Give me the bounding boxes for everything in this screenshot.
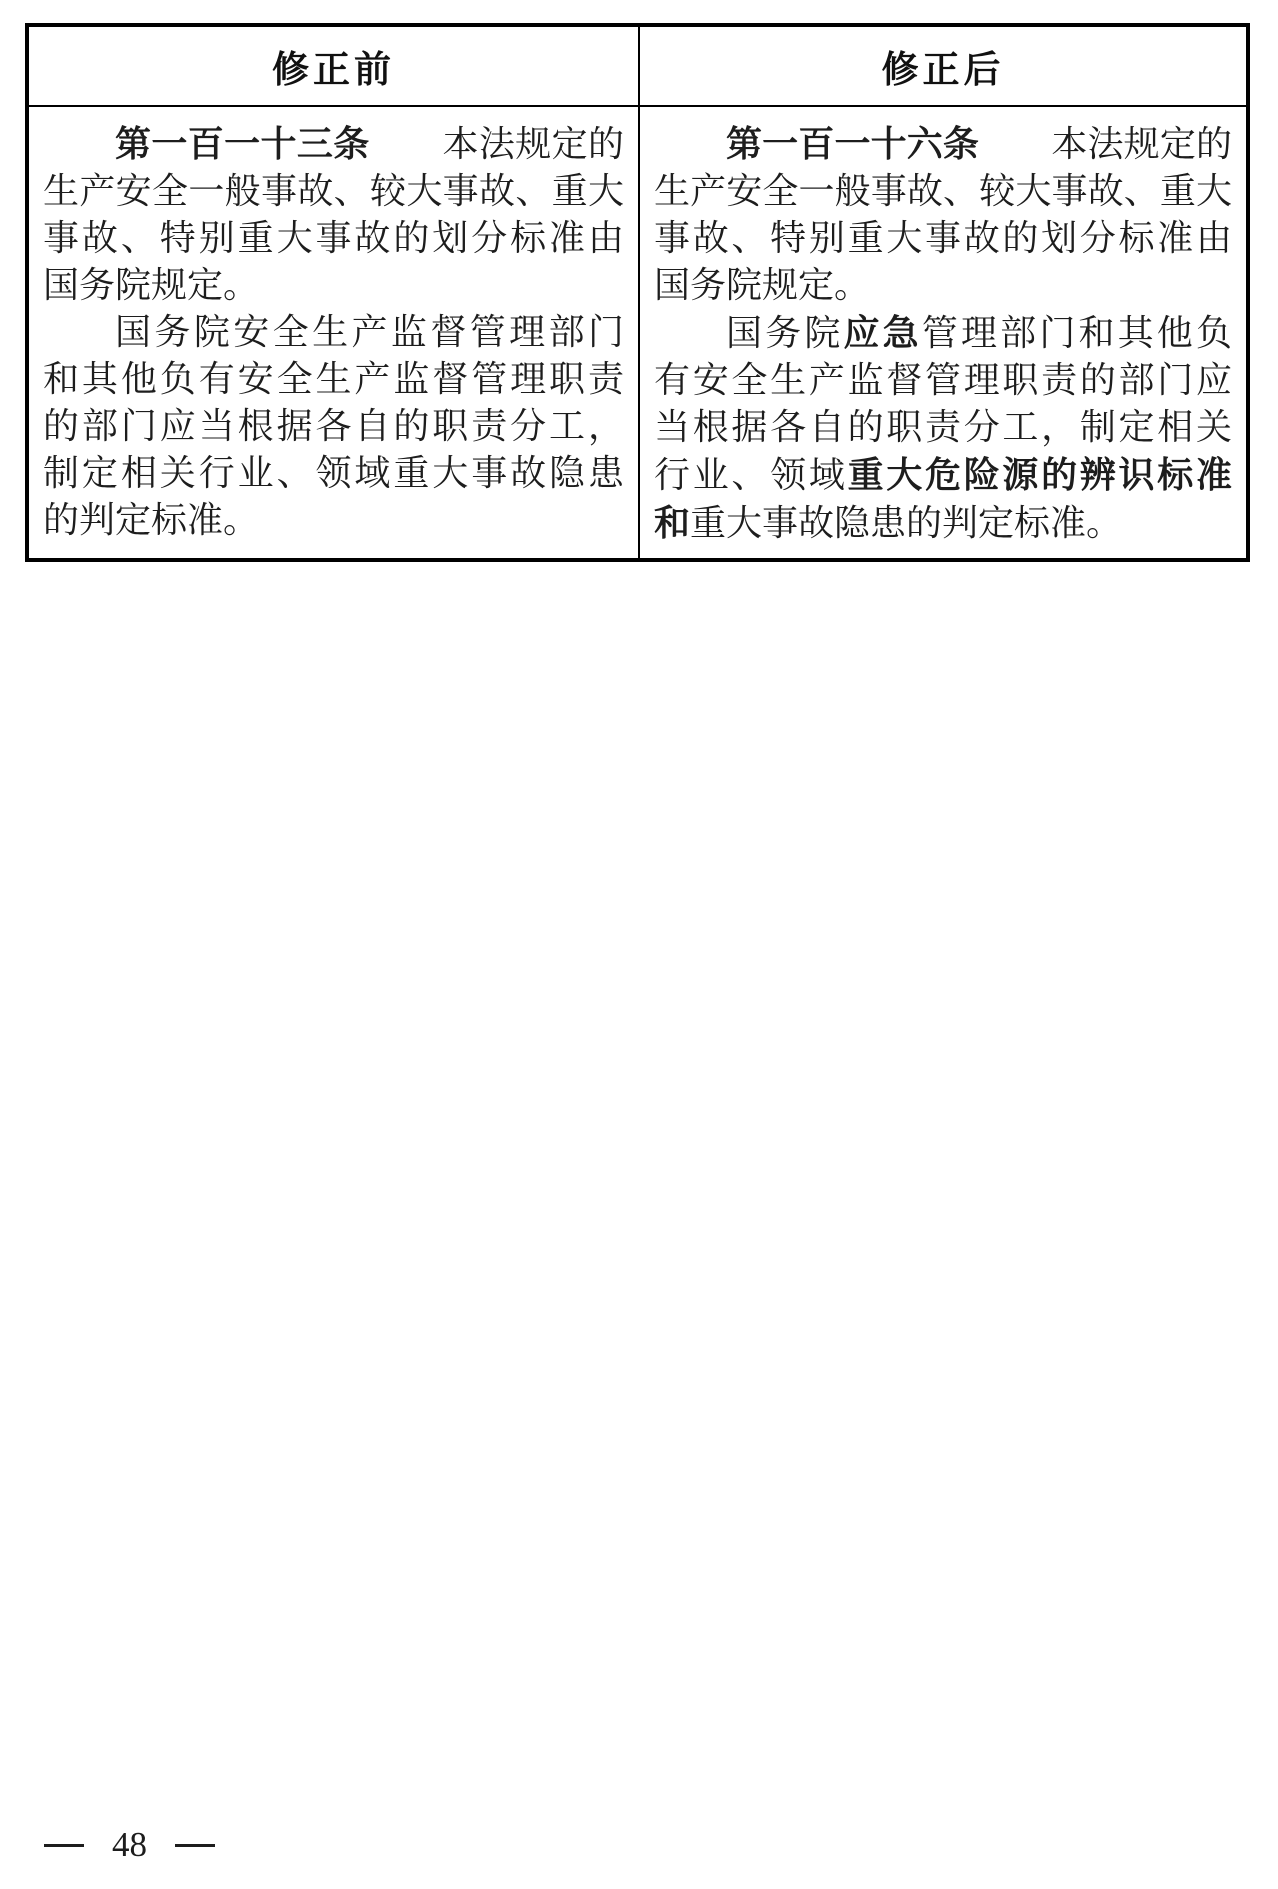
text-run: 事故、特别重大事故的划分标准由 <box>43 218 624 258</box>
text-line: 的部门应当根据各自的职责分工， <box>43 403 624 450</box>
text-line: 制定相关行业、领域重大事故隐患 <box>43 450 624 497</box>
text-line: 事故、特别重大事故的划分标准由 <box>654 215 1232 262</box>
emphasized-text-run: 应急 <box>844 312 922 353</box>
emphasized-text-run: 第一百一十三条 <box>115 123 370 164</box>
text-line: 和重大事故隐患的判定标准。 <box>654 499 1232 547</box>
header-cell-after-amendment: 修正后 <box>640 27 1246 105</box>
text-run: 重大事故隐患的判定标准。 <box>690 503 1122 543</box>
text-run: 有安全生产监督管理职责的部门应 <box>654 360 1232 400</box>
text-run: 本法规定的 <box>442 124 624 164</box>
text-line: 有安全生产监督管理职责的部门应 <box>654 357 1232 404</box>
page-footer: 48 <box>44 1826 215 1864</box>
text-run: 和其他负有安全生产监督管理职责 <box>43 359 624 399</box>
text-run: 行业、领域 <box>654 455 848 495</box>
text-line: 事故、特别重大事故的划分标准由 <box>43 215 624 262</box>
text-line: 生产安全一般事故、较大事故、重大 <box>43 168 624 215</box>
text-line: 和其他负有安全生产监督管理职责 <box>43 356 624 403</box>
emphasized-text-run: 重大危险源的辨识标准 <box>848 454 1232 495</box>
text-run <box>370 124 443 164</box>
page-number: 48 <box>84 1826 175 1864</box>
text-run: 制定相关行业、领域重大事故隐患 <box>43 453 624 493</box>
text-line: 国务院应急管理部门和其他负 <box>654 309 1232 357</box>
text-line: 行业、领域重大危险源的辨识标准 <box>654 451 1232 499</box>
amendment-comparison-table: 修正前 修正后 第一百一十三条 本法规定的生产安全一般事故、较大事故、重大事故、… <box>25 23 1250 562</box>
text-run: 当根据各自的职责分工，制定相关 <box>654 407 1232 447</box>
text-line: 生产安全一般事故、较大事故、重大 <box>654 168 1232 215</box>
emphasized-text-run: 第一百一十六条 <box>726 123 979 164</box>
text-run <box>979 124 1051 164</box>
article-text-after-amendment: 第一百一十六条 本法规定的生产安全一般事故、较大事故、重大事故、特别重大事故的划… <box>640 107 1246 558</box>
text-run: 国务院 <box>726 313 844 353</box>
article-text-before-amendment: 第一百一十三条 本法规定的生产安全一般事故、较大事故、重大事故、特别重大事故的划… <box>29 107 640 558</box>
text-line: 国务院规定。 <box>654 262 1232 309</box>
text-run: 国务院规定。 <box>654 265 870 305</box>
text-line: 国务院规定。 <box>43 262 624 309</box>
text-run: 国务院规定。 <box>43 265 259 305</box>
table-header-row: 修正前 修正后 <box>29 27 1246 107</box>
page-number-dash-left <box>44 1844 84 1847</box>
page-number-dash-right <box>175 1844 215 1847</box>
emphasized-text-run: 和 <box>654 502 690 543</box>
text-line: 的判定标准。 <box>43 497 624 544</box>
text-run: 的部门应当根据各自的职责分工， <box>43 406 624 446</box>
text-run: 事故、特别重大事故的划分标准由 <box>654 218 1232 258</box>
text-run: 生产安全一般事故、较大事故、重大 <box>654 171 1232 211</box>
text-run: 本法规定的 <box>1051 124 1232 164</box>
header-cell-before-amendment: 修正前 <box>29 27 640 105</box>
text-run: 的判定标准。 <box>43 500 259 540</box>
text-run: 国务院安全生产监督管理部门 <box>115 312 624 352</box>
text-run: 生产安全一般事故、较大事故、重大 <box>43 171 624 211</box>
text-line: 第一百一十六条 本法规定的 <box>654 120 1232 168</box>
text-line: 第一百一十三条 本法规定的 <box>43 120 624 168</box>
table-body-row: 第一百一十三条 本法规定的生产安全一般事故、较大事故、重大事故、特别重大事故的划… <box>29 107 1246 558</box>
text-run: 管理部门和其他负 <box>922 313 1232 353</box>
text-line: 当根据各自的职责分工，制定相关 <box>654 404 1232 451</box>
text-line: 国务院安全生产监督管理部门 <box>43 309 624 356</box>
